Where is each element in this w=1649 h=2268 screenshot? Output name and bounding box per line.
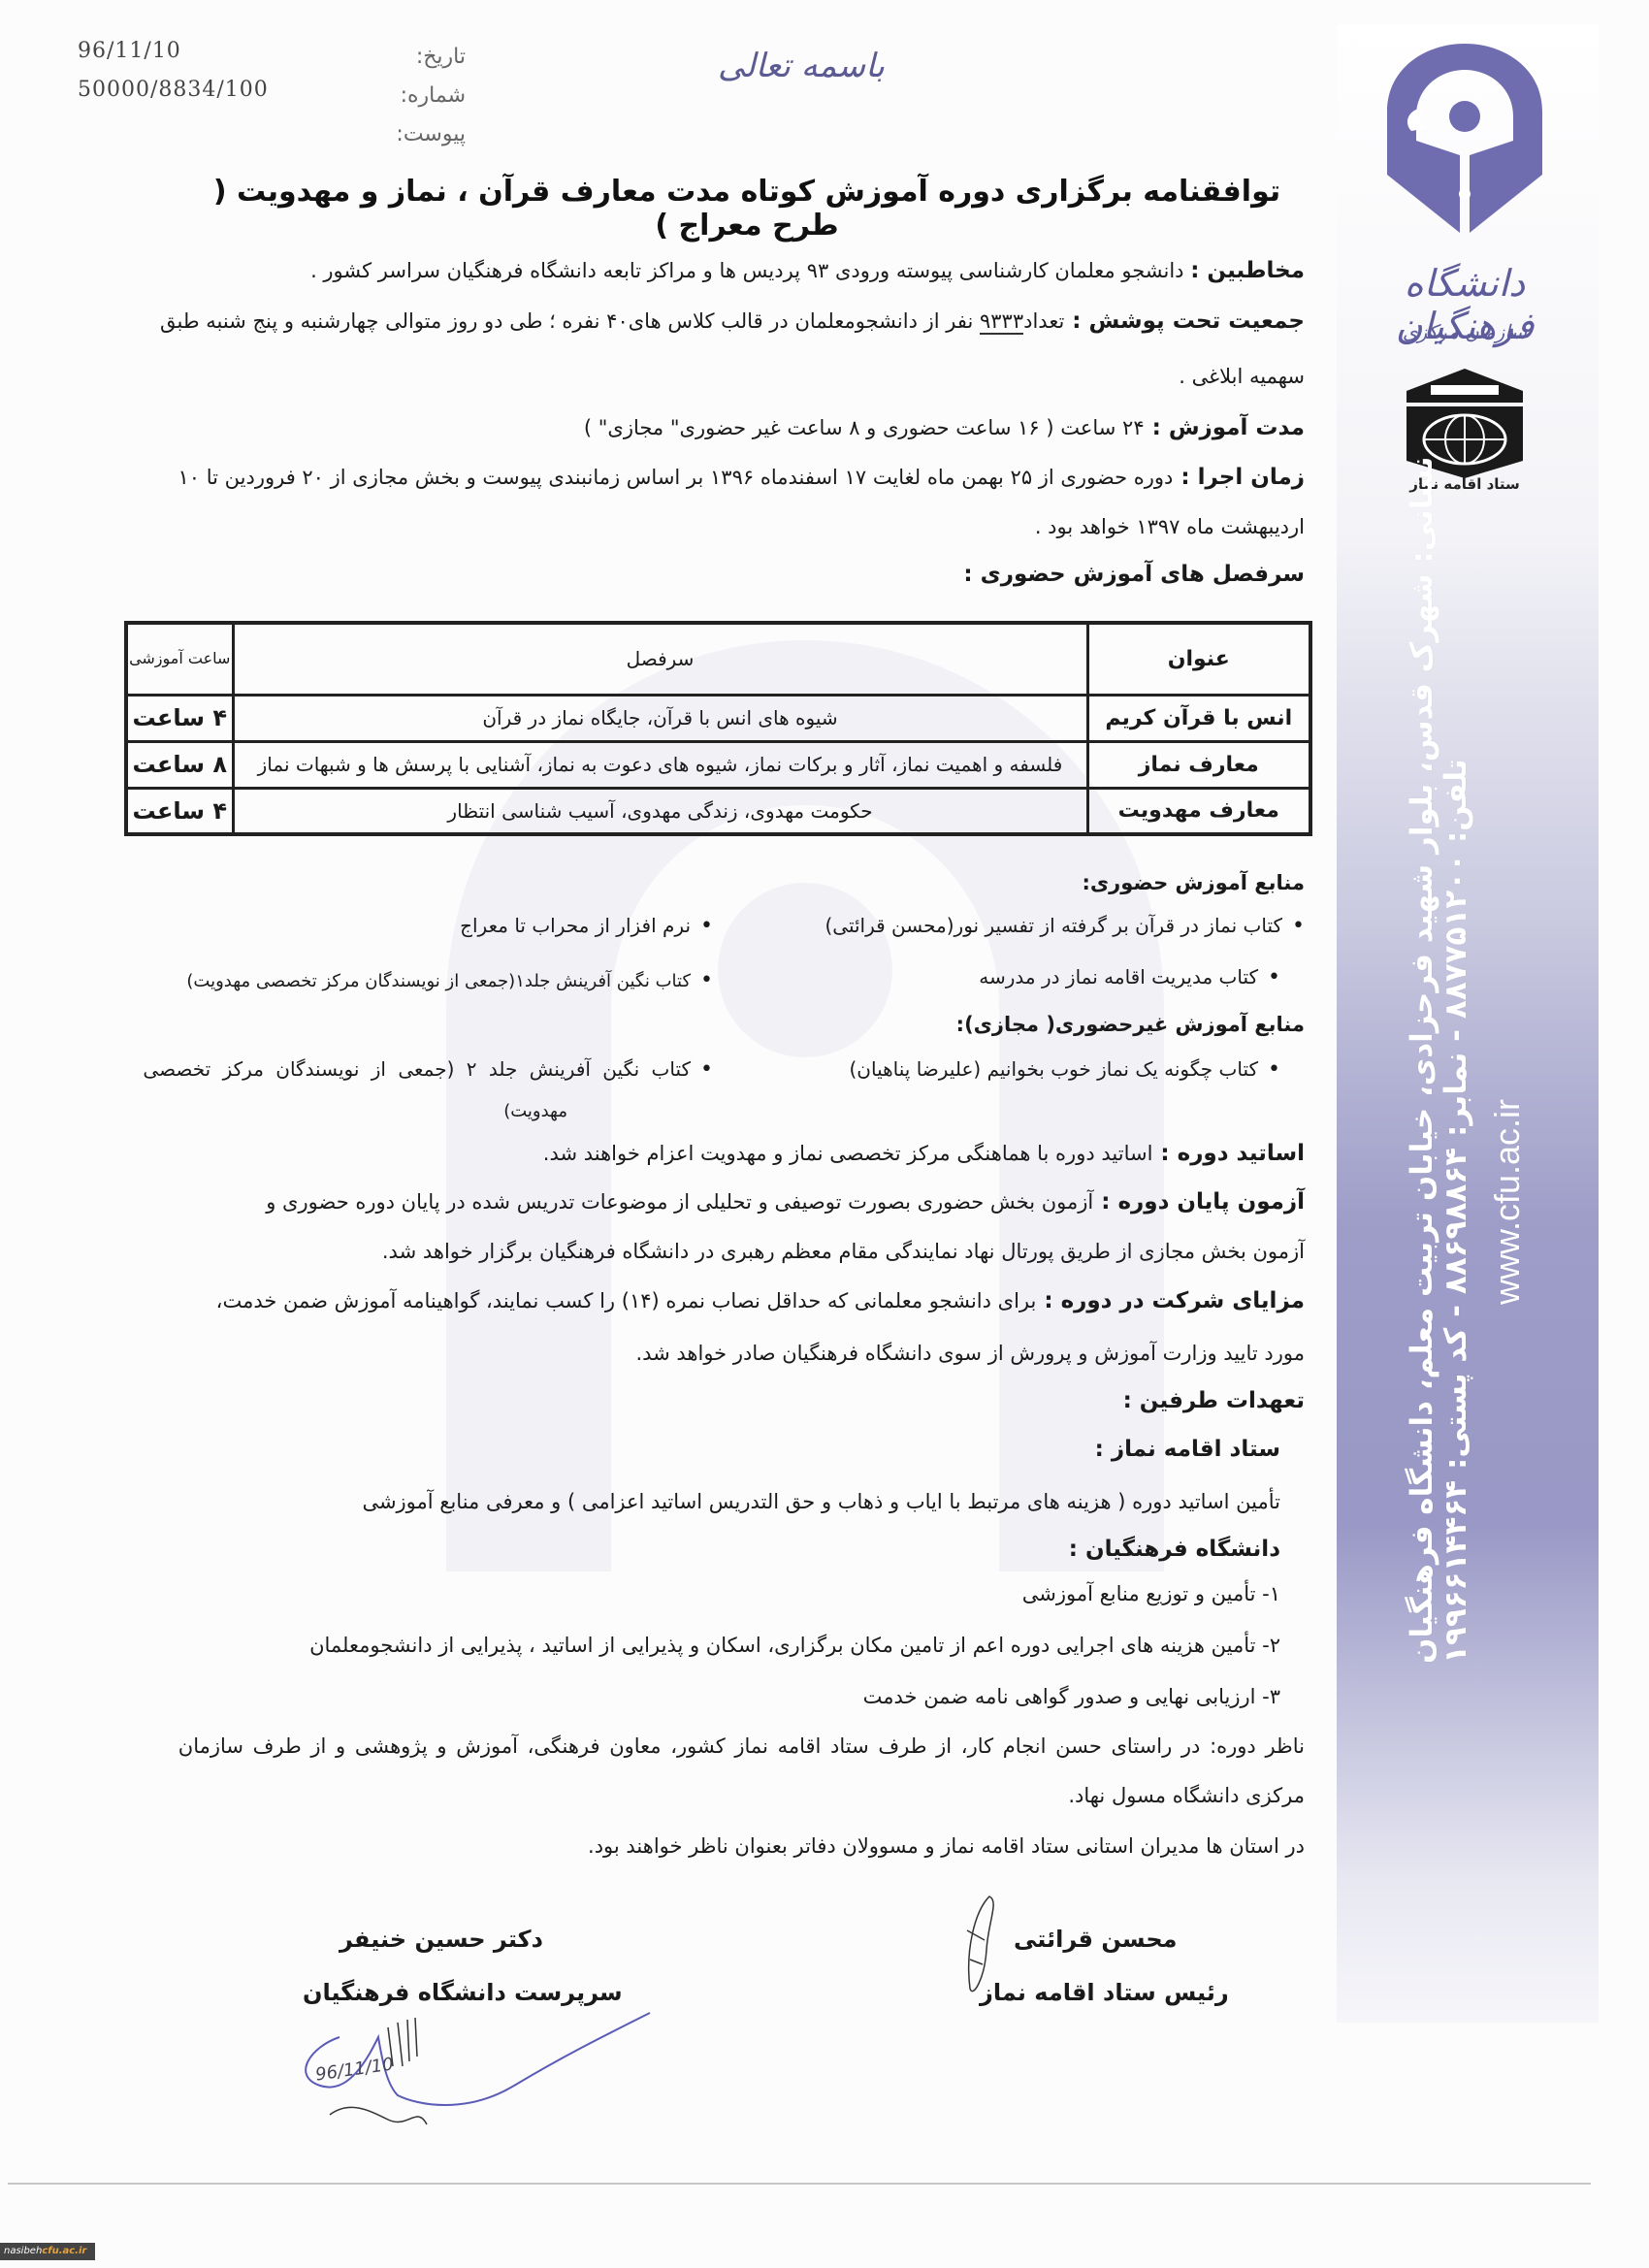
sidebar-phones: تلفن: ۸۸۷۷۵۱۲۰۰ - نمابر: ۸۸۶۹۸۸۶۴ - کد پ… (1439, 759, 1473, 1664)
population-count: ۹۳۳۳ (980, 309, 1023, 335)
inperson-sources-heading: منابع آموزش حضوری: (112, 870, 1305, 896)
syllabus-heading: سرفصل های آموزش حضوری : (112, 561, 1305, 590)
commitments-heading: تعهدات طرفین : (112, 1387, 1305, 1416)
benefits-text: برای دانشجو معلمانی که حداقل نصاب نمره (… (216, 1289, 1037, 1312)
source-item: کتاب مدیریت اقامه نماز در مدرسه (979, 965, 1280, 989)
duration-line: مدت آموزش : ۲۴ ساعت ( ۱۶ ساعت حضوری و ۸ … (112, 414, 1305, 443)
watermark-prefix: nasibeh (4, 2246, 42, 2256)
source-item: کتاب نگین آفرینش جلد۱(جمعی از نویسندگان … (186, 968, 713, 992)
syllabus-table: عنوان سرفصل ساعت آموزشی انس با قرآن کریم… (124, 621, 1312, 836)
row-hours: ۴ ساعت (126, 788, 233, 834)
watermark-domain: cfu.ac.ir (42, 2246, 86, 2256)
schedule-line: زمان اجرا : دوره حضوری از ۲۵ بهمن ماه لغ… (112, 464, 1305, 493)
exam-line-2: آزمون بخش مجازی از طریق پورتال نهاد نمای… (112, 1239, 1305, 1265)
row-title: انس با قرآن کریم (1087, 695, 1310, 741)
instructors-line: اساتید دوره : اساتید دوره با هماهنگی مرک… (112, 1140, 1305, 1169)
left-signatory-name: دکتر حسین خنیفر (339, 1926, 543, 1953)
audience-line: مخاطبین : دانشجو معلمان کارشناسی پیوسته … (112, 257, 1305, 286)
row-hours: ۸ ساعت (126, 741, 233, 788)
party2-heading: دانشگاه فرهنگیان : (87, 1536, 1280, 1565)
row-title: معارف مهدویت (1087, 788, 1310, 834)
university-logo-icon (1368, 39, 1562, 243)
provinces-line: در استان ها مدیران استانی ستاد اقامه نما… (112, 1833, 1305, 1860)
number-value: 50000/8834/100 (78, 78, 269, 102)
bismillah-heading: باسمه تعالی (718, 47, 885, 85)
row-syllabus: فلسفه و اهمیت نماز، آثار و برکات نماز، ش… (233, 741, 1087, 788)
table-row: معارف نماز فلسفه و اهمیت نماز، آثار و بر… (126, 741, 1310, 788)
source-item: نرم افزار از محراب تا معراج (460, 914, 713, 938)
party2-item: ۱- تأمین و توزیع منابع آموزشی (87, 1581, 1280, 1607)
audience-text: دانشجو معلمان کارشناسی پیوسته ورودی ۹۳ پ… (310, 259, 1190, 282)
prayer-hq-name: ستاد اقامه نماز (1377, 475, 1552, 493)
document-title: توافقنامه برگزاری دوره آموزش کوتاه مدت م… (204, 175, 1290, 243)
source-watermark: nasibehcfu.ac.ir (0, 2243, 95, 2260)
party1-text: تأمین اساتید دوره ( هزینه های مرتبط با ا… (87, 1489, 1280, 1515)
supervisor-line: ناظر دوره: در راستای حسن انجام کار، از ط… (112, 1733, 1305, 1760)
date-label: تاریخ: (416, 45, 466, 69)
source-item: کتاب نگین آفرینش جلد ۲ (جمعی از نویسندگا… (143, 1057, 713, 1082)
university-sub: سازمان مرکزی (1348, 320, 1581, 343)
sidebar-address: نشانی: شهرک قدس، بلوار شهید فرحزادی، خیا… (1405, 456, 1439, 1664)
row-title: معارف نماز (1087, 741, 1310, 788)
table-row: معارف مهدویت حکومت مهدوی، زندگی مهدوی، آ… (126, 788, 1310, 834)
schedule-text: دوره حضوری از ۲۵ بهمن ماه لغایت ۱۷ اسفند… (178, 466, 1173, 489)
schedule-label: زمان اجرا : (1173, 465, 1305, 490)
benefits-line-2: مورد تایید وزارت آموزش و پرورش از سوی دا… (112, 1341, 1305, 1367)
instructors-text: اساتید دوره با هماهنگی مرکز تخصصی نماز و… (543, 1142, 1153, 1165)
online-sources-heading: منابع آموزش غیرحضوری( مجازی): (112, 1012, 1305, 1038)
footer-divider (8, 2183, 1591, 2185)
right-signature-icon (946, 1892, 1014, 2008)
benefits-line: مزایای شرکت در دوره : برای دانشجو معلمان… (112, 1287, 1305, 1316)
population-line-2: سهمیه ابلاغی . (112, 364, 1305, 390)
attachment-label: پیوست: (396, 122, 466, 146)
date-value: 96/11/10 (78, 39, 181, 63)
source-item: کتاب نماز در قرآن بر گرفته از تفسیر نور(… (824, 914, 1305, 938)
number-label: شماره: (401, 83, 466, 108)
party1-heading: ستاد اقامه نماز : (87, 1436, 1280, 1465)
document-page: 96/11/10 تاریخ: 50000/8834/100 شماره: پی… (0, 0, 1649, 2268)
population-prefix: تعداد (1023, 309, 1064, 333)
sidebar-website[interactable]: www.cfu.ac.ir (1487, 1099, 1528, 1305)
row-syllabus: حکومت مهدوی، زندگی مهدوی، آسیب شناسی انت… (233, 788, 1087, 834)
source-item-continued: مهدویت) (503, 1101, 567, 1121)
party2-item: ۳- ارزیابی نهایی و صدور گواهی نامه ضمن خ… (87, 1684, 1280, 1710)
instructors-label: اساتید دوره : (1152, 1141, 1305, 1166)
audience-label: مخاطبین : (1190, 258, 1305, 283)
right-signatory-name: محسن قرائتی (1014, 1926, 1178, 1953)
schedule-line-2: اردیبهشت ماه ۱۳۹۷ خواهد بود . (112, 514, 1305, 540)
exam-line: آزمون پایان دوره : آزمون بخش حضوری بصورت… (112, 1188, 1305, 1217)
source-item: کتاب چگونه یک نماز خوب بخوانیم (علیرضا پ… (849, 1057, 1280, 1082)
supervisor-line-2: مرکزی دانشگاه مسول نهاد. (112, 1783, 1305, 1809)
left-signatory-title: سرپرست دانشگاه فرهنگیان (303, 1979, 623, 2006)
duration-text: ۲۴ ساعت ( ۱۶ ساعت حضوری و ۸ ساعت غیر حضو… (584, 416, 1145, 439)
population-label: جمعیت تحت پوشش : (1064, 308, 1305, 334)
population-line: جمعیت تحت پوشش : تعداد۹۳۳۳ نفر از دانشجو… (112, 308, 1305, 337)
header-title: عنوان (1087, 623, 1310, 695)
benefits-label: مزایای شرکت در دوره : (1036, 1288, 1305, 1313)
table-header-row: عنوان سرفصل ساعت آموزشی (126, 623, 1310, 695)
table-row: انس با قرآن کریم شیوه های انس با قرآن، ج… (126, 695, 1310, 741)
right-signatory-title: رئیس ستاد اقامه نماز (980, 1979, 1229, 2006)
population-text: نفر از دانشجومعلمان در قالب کلاس های۴۰ ن… (160, 309, 980, 333)
row-hours: ۴ ساعت (126, 695, 233, 741)
party2-item: ۲- تأمین هزینه های اجرایی دوره اعم از تا… (87, 1633, 1280, 1659)
header-hours: ساعت آموزشی (126, 623, 233, 695)
row-syllabus: شیوه های انس با قرآن، جایگاه نماز در قرآ… (233, 695, 1087, 741)
exam-label: آزمون پایان دوره : (1093, 1189, 1305, 1215)
duration-label: مدت آموزش : (1145, 415, 1305, 440)
header-syllabus: سرفصل (233, 623, 1087, 695)
exam-text: آزمون بخش حضوری بصورت توصیفی و تحلیلی از… (266, 1190, 1093, 1214)
